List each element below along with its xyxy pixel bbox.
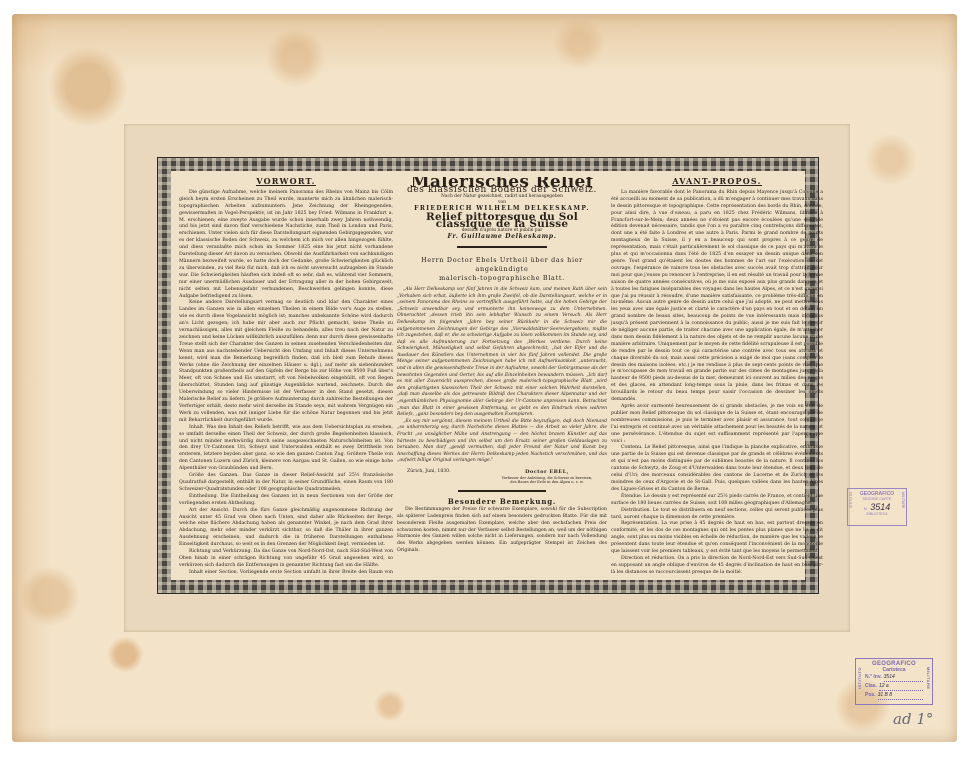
ebel-quote-paragraph: „Als Herr Delkeskamp vor fünf Jahren in … (397, 287, 607, 419)
stamp-number-label: N. (864, 506, 868, 511)
avant-propos-heading: AVANT-PROPOS. (672, 178, 761, 186)
stamp-side-text: ISTITUTO (857, 667, 862, 689)
stamp-row-value: 3514 (884, 673, 923, 682)
avant-propos-paragraph: Direction et réduction. On a pris la dir… (611, 556, 823, 574)
avant-propos-paragraph: Contenu. Le Relief pittoresque, ainsi qu… (611, 445, 823, 493)
stamp-row-label: N.° Inv. (865, 673, 882, 682)
stamp-row-label: Clas. (865, 682, 877, 691)
vorwort-paragraph: Richtung und Verkürzung. Da das Ganze vo… (179, 549, 393, 570)
vorwort-paragraph: Inhalt. Was den Inhalt des Reliefs betri… (179, 425, 393, 473)
vorwort-paragraph: Inhalt einer Section. Vorliegende erste … (179, 570, 393, 574)
remark-divider (458, 490, 546, 492)
author-french: Fr. Guillaume Delkeskamp. (397, 234, 607, 241)
vorwort-column: VORWORT. Die günstige Aufnahme, welche m… (179, 177, 393, 574)
ebel-signature-block: Zürich, Juni, 1830. Doctor EBEL, Verfass… (397, 469, 607, 485)
ebel-place-date: Zürich, Juni, 1830. (397, 469, 451, 485)
stamp-row-value: 31 B 8 (878, 691, 923, 700)
stamp-side-text: ISTITUTO (849, 492, 853, 508)
ebel-signature: Doctor EBEL, Verfasser der Anleitung, di… (487, 469, 607, 485)
stamp-number: 3514 (870, 502, 890, 512)
ebel-quote-paragraph: „Es sey mir vergönnt, diesem meinem Urth… (397, 419, 607, 465)
vorwort-paragraph: Keine andere Darstellungsart vermag so d… (179, 300, 393, 424)
title-french: Relief pittoresque du Sol classique de l… (397, 214, 607, 228)
subtitle-german: des klassischen Bodens der Schweiz. (397, 187, 607, 194)
ornamental-border: VORWORT. Die günstige Aufnahme, welche m… (158, 158, 818, 593)
stamp-row: Clas. 12 a (865, 682, 923, 691)
avant-propos-paragraph: Distribution. Le tout se distribuera en … (611, 508, 823, 522)
vorwort-paragraph: Die günstige Aufnahme, welche meinem Pan… (179, 190, 393, 301)
ebel-title-2: des Baues der Erde in den Alpen u. s. w. (487, 480, 607, 485)
vorwort-paragraph: Größe des Ganzen. Das Ganze in dieser Re… (179, 473, 393, 494)
avant-propos-paragraph: Après avoir surmonté heureusement de si … (611, 404, 823, 445)
stamp-row: Pos. 31 B 8 (865, 691, 923, 700)
remark-heading: Besondere Bemerkung. (397, 499, 607, 506)
remark-text-block: Die Bestimmungen der Preise für schwarze… (397, 507, 607, 554)
avant-propos-paragraph: Étendue. Le dessin y est représenté sur … (611, 494, 823, 508)
vorwort-heading: VORWORT. (256, 178, 315, 186)
stamp-footer: BIBLIOTECA (854, 512, 900, 516)
stamp-side-text: MILITARE (901, 492, 905, 508)
stamp-row: N.° Inv. 3514 (865, 673, 923, 682)
ebel-heading-line-2: malerisch-topographische Blatt. (397, 274, 607, 283)
ebel-name: Doctor EBEL, (487, 469, 607, 476)
vorwort-paragraph: Eintheilung. Die Eintheilung des Ganzen … (179, 494, 393, 508)
avant-propos-paragraph: La manière favorable dont le Panorama du… (611, 190, 823, 404)
library-stamp-large: ISTITUTO GEOGRAFICO Cartoteca N.° Inv. 3… (855, 658, 933, 705)
stamp-row-label: Pos. (865, 691, 876, 700)
stamp-row-value: 12 a (879, 682, 923, 691)
vorwort-paragraph: Art der Ansicht. Durch die fürs Ganze gl… (179, 508, 393, 549)
stamp-side-text: MILITARE (926, 667, 931, 690)
ebel-heading-line-1: Herrn Doctor Ebels Urtheil über das hier… (397, 256, 607, 274)
ebel-quote: „Als Herr Delkeskamp vor fünf Jahren in … (397, 287, 607, 465)
library-stamp-small: ISTITUTO GEOGRAFICO SEZIONE CARTE N. 351… (847, 488, 907, 526)
title-column: Malerisches Relief des klassischen Boden… (397, 177, 607, 574)
avant-propos-column: AVANT-PROPOS. La manière favorable dont … (611, 177, 823, 574)
title-divider (457, 246, 547, 248)
avant-propos-paragraph: Représentation. La vue prise à 45 degrés… (611, 521, 823, 556)
stamp-subtitle: SEZIONE CARTE (854, 497, 900, 501)
handwritten-note: ad 1° (893, 710, 933, 728)
document-body: VORWORT. Die günstige Aufnahme, welche m… (171, 171, 805, 580)
stamp-number-row: N. 3514 (854, 502, 900, 512)
remark-text: Die Bestimmungen der Preise für schwarze… (397, 507, 607, 554)
